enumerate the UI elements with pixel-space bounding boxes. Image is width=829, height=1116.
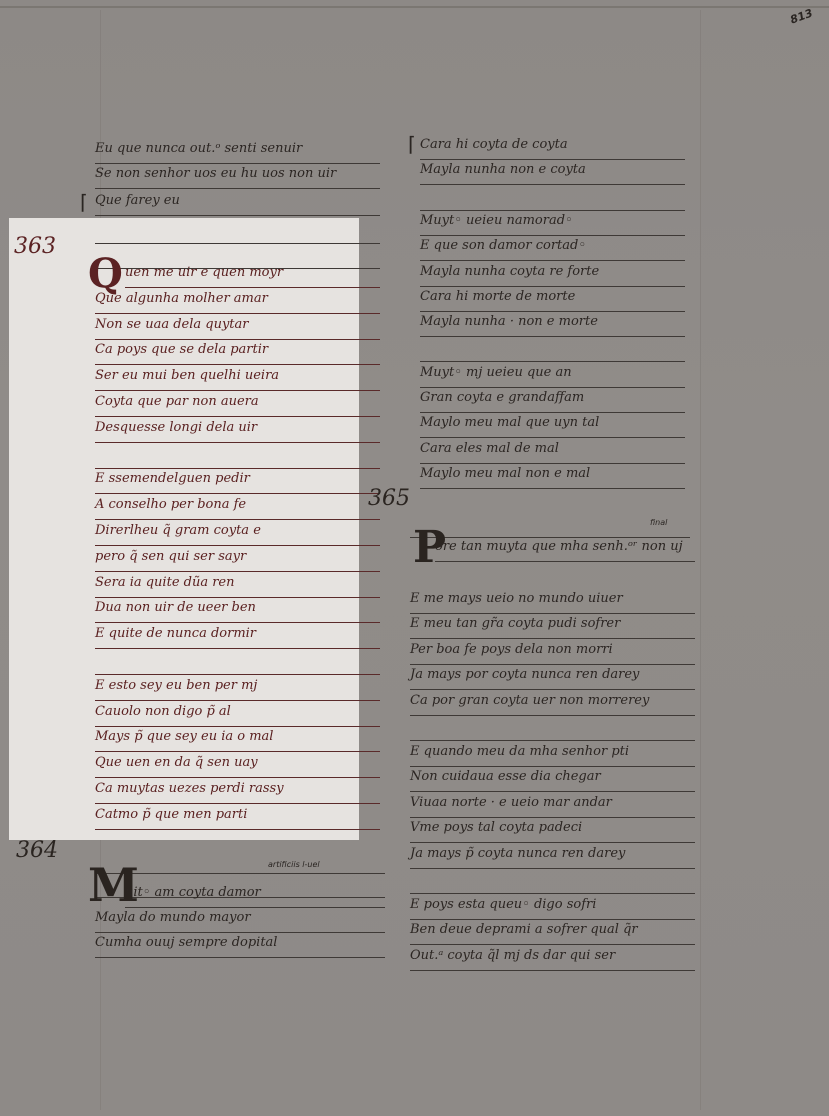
verse-line: E que son damor cortad◦ (420, 235, 685, 261)
ruled-line (410, 868, 695, 894)
verse-line: Mayla nunha non e coyta (420, 159, 685, 185)
verse-line: Mayla do mundo mayor (95, 907, 385, 933)
verse-line: E quando meu da mha senhor pti (410, 741, 695, 767)
verse-line: Maylo meu mal que uyn tal (420, 412, 685, 438)
marginal-annotation: artificiis l-uel (268, 860, 320, 869)
verse-line: Muyt◦ mj ueieu que an (420, 362, 685, 388)
verse-line: Que algunha molher amar (95, 288, 380, 314)
verse-line: E me mays ueio no mundo uiuer (410, 588, 695, 614)
verse-line: Ser eu mui ben quelhi ueira (95, 365, 380, 391)
bracket-mark: ⌈ (408, 132, 416, 156)
page-top-edge (0, 6, 829, 14)
verse-line: Viuaa norte · e ueio mar andar (410, 792, 695, 818)
verse-line: Ca por gran coyta uer non morrerey (410, 690, 695, 716)
verse-line: Catmo p̃ que men parti (95, 804, 380, 830)
poem-number: 363 (14, 234, 56, 259)
verse-line: Cara hi coyta de coyta (420, 134, 685, 160)
verse-line: Ja mays p̃ coyta nunca ren darey (410, 843, 695, 869)
verse-line: Ca poys que se dela partir (95, 339, 380, 365)
manuscript-page: 813 Eu que nunca out.ᵒ senti senuir Se n… (0, 0, 829, 1116)
verse-line: Mays p̃ que sey eu ia o mal (95, 726, 380, 752)
verse-line: Que farey eu (95, 190, 380, 216)
ruled-line (95, 218, 380, 244)
verse-line: E meu tan gr̃a coyta pudi sofrer (410, 613, 695, 639)
poem-number: 364 (16, 838, 58, 863)
ruled-line (420, 336, 685, 362)
verse-line: E poys esta queu◦ digo sofri (410, 894, 695, 920)
verse-line: Cara eles mal de mal (420, 438, 685, 464)
verse-line: Gran coyta e grandaffam (420, 387, 685, 413)
verse-line: E ssemendelguen pedir (95, 468, 380, 494)
verse-line: Out.ᵃ coyta q̃l mj ds dar qui ser (410, 945, 695, 971)
verse-line: A conselho per bona fe (95, 494, 380, 520)
ruled-line (420, 185, 685, 211)
verse-line: Sera ia quite dũa ren (95, 572, 380, 598)
verse-line: Se non senhor uos eu hu uos non uir (95, 163, 380, 189)
verse-line: Cumha ouuj sempre dopital (95, 932, 385, 958)
verse-line: Cara hi morte de morte (420, 286, 685, 312)
ruled-line (410, 512, 690, 538)
verse-line: Que uen en da q̃ sen uay (95, 752, 380, 778)
verse-line: Per boa fe poys dela non morri (410, 639, 695, 665)
verse-line: Non se uaa dela quytar (95, 314, 380, 340)
verse-line: Ben deue deprami a sofrer qual q̃r (410, 919, 695, 945)
verse-line: Coyta que par non auera (95, 391, 380, 417)
poem-number: 365 (368, 486, 410, 511)
verse-line: Non cuidaua esse dia chegar (410, 766, 695, 792)
verse-line: E quite de nunca dormir (95, 623, 380, 649)
verse-line: E esto sey eu ben per mj (95, 675, 380, 701)
verse-line: ore tan muyta que mha senh.ᵒʳ non uj (435, 536, 695, 562)
verse-line: Vme poys tal coyta padeci (410, 817, 695, 843)
verse-line: Desquesse longi dela uir (95, 417, 380, 443)
ruled-line (95, 443, 380, 469)
verse-line: Maylo meu mal non e mal (420, 463, 685, 489)
bracket-mark: ⌈ (80, 190, 88, 214)
verse-line: uit◦ am coyta damor (125, 882, 385, 908)
ruled-line (410, 715, 695, 741)
ruling-line (700, 10, 701, 1110)
verse-line: Mayla nunha coyta re forte (420, 261, 685, 287)
verse-line: Direrlheu q̃ gram coyta e (95, 520, 380, 546)
verse-line: Muyt◦ ueieu namorad◦ (420, 210, 685, 236)
verse-line: Ja mays por coyta nunca ren darey (410, 664, 695, 690)
verse-line: Eu que nunca out.ᵒ senti senuir (95, 138, 380, 164)
ruled-line (95, 649, 380, 675)
verse-line: Ca muytas uezes perdi rassy (95, 778, 380, 804)
verse-line: pero q̃ sen qui ser sayr (95, 546, 380, 572)
verse-line: Mayla nunha · non e morte (420, 311, 685, 337)
verse-line: uen me uir e quen moyr (125, 262, 380, 288)
verse-line: Dua non uir de ueer ben (95, 597, 380, 623)
verse-line: Cauolo non digo p̃ al (95, 701, 380, 727)
